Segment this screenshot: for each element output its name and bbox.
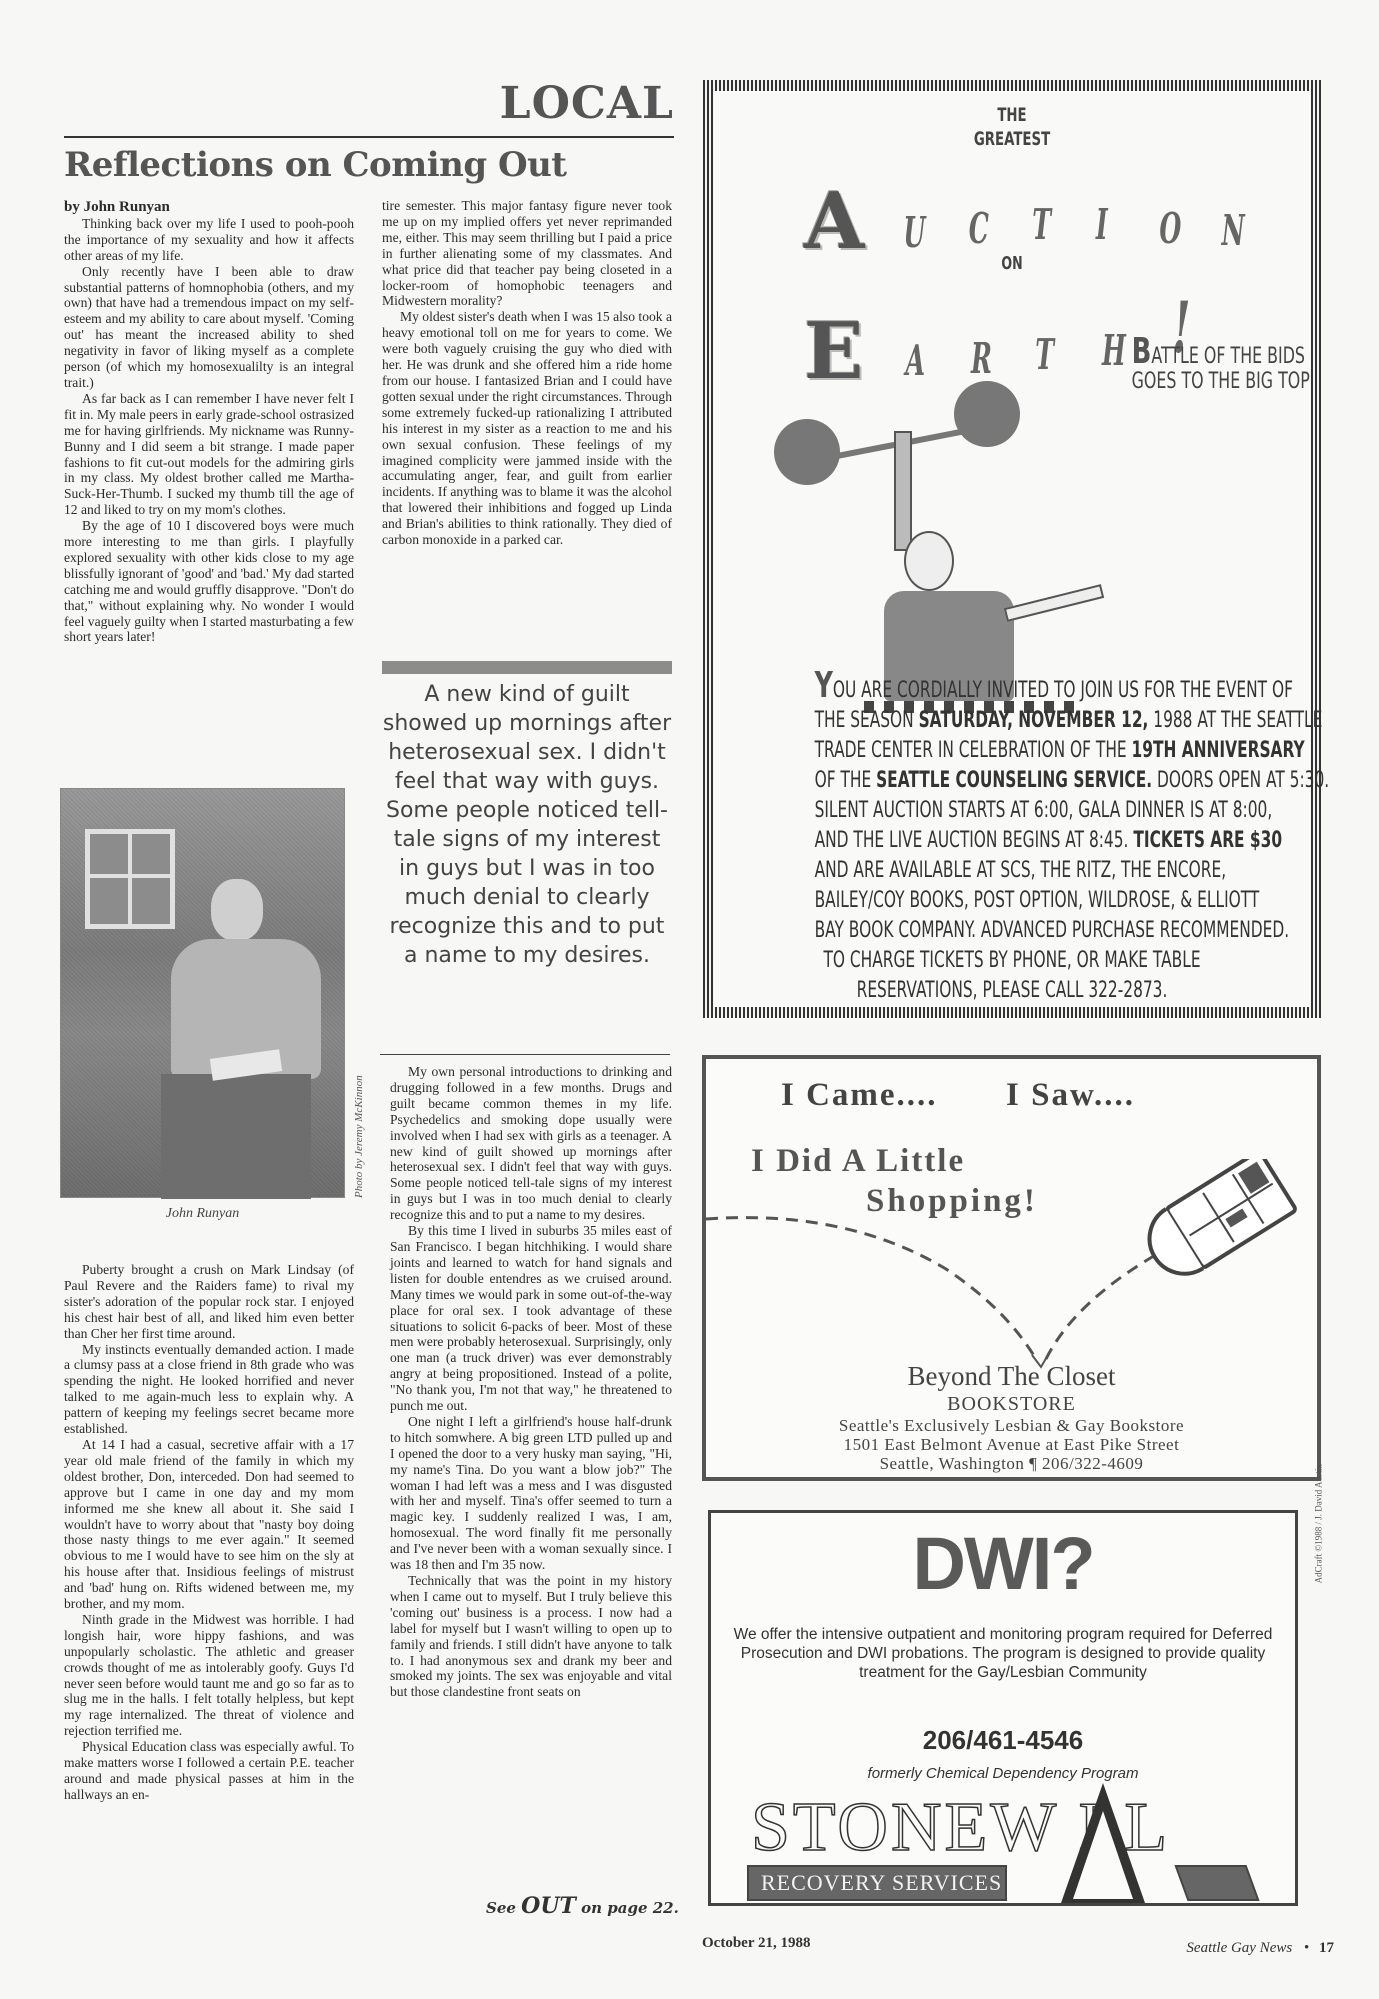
- store-tagline: Seattle's Exclusively Lesbian & Gay Book…: [706, 1416, 1317, 1435]
- photo-person-head: [211, 879, 263, 941]
- battle-of-bids-tagline: BATTLE OF THE BIDS GOES TO THE BIG TOP: [1132, 339, 1290, 394]
- store-name: Beyond The Closet: [706, 1361, 1317, 1392]
- invite-line: AND ARE AVAILABLE AT SCS, THE RITZ, THE …: [815, 856, 1210, 886]
- paragraph: One night I left a girlfriend's house ha…: [390, 1414, 672, 1573]
- letter: T: [1035, 330, 1054, 379]
- dwi-phone: 206/461-4546: [711, 1725, 1295, 1756]
- ad-line-i-came: I Came....: [781, 1077, 938, 1114]
- section-label: LOCAL: [500, 78, 674, 129]
- continued-page: on page 22.: [581, 1899, 679, 1917]
- auction-invitation-text: YOU ARE CORDIALLY INVITED TO JOIN US FOR…: [730, 671, 1294, 1006]
- invite-line: YOU ARE CORDIALLY INVITED TO JOIN US FOR…: [815, 671, 1210, 706]
- stonewall-triangle-inner: [1073, 1811, 1133, 1899]
- paragraph: Physical Education class was especially …: [64, 1739, 354, 1803]
- recovery-banner-tail: [1174, 1865, 1259, 1901]
- store-type: BOOKSTORE: [706, 1393, 1317, 1416]
- ad-the-greatest: THE GREATEST: [803, 103, 1220, 151]
- article-headline: Reflections on Coming Out: [64, 145, 567, 185]
- invite-text: TRADE CENTER IN CELEBRATION OF THE: [815, 738, 1132, 763]
- invite-anniversary: 19TH ANNIVERSARY: [1132, 738, 1305, 763]
- article-column-2-top: tire semester. This major fantasy figure…: [382, 198, 672, 548]
- invite-line: SILENT AUCTION STARTS AT 6:00, GALA DINN…: [815, 796, 1210, 826]
- dwi-body: We offer the intensive outpatient and mo…: [731, 1625, 1275, 1682]
- paragraph: My oldest sister's death when I was 15 a…: [382, 309, 672, 548]
- paragraph: Only recently have I been able to draw s…: [64, 264, 354, 391]
- letter: H: [1102, 326, 1126, 375]
- letter: N: [1222, 206, 1245, 255]
- strongman-arm: [894, 431, 912, 551]
- byline: by John Runyan: [64, 200, 354, 216]
- invite-line: TRADE CENTER IN CELEBRATION OF THE 19TH …: [815, 736, 1210, 766]
- paragraph: tire semester. This major fantasy figure…: [382, 198, 672, 309]
- continued-out: OUT: [521, 1893, 576, 1919]
- pull-quote: A new kind of guilt showed up mornings a…: [382, 680, 672, 970]
- invite-line: THE SEASON SATURDAY, NOVEMBER 12, 1988 A…: [815, 706, 1210, 736]
- invite-dropcap: Y: [815, 665, 833, 706]
- paragraph: By the age of 10 I discovered boys were …: [64, 518, 354, 645]
- continued-jump-link[interactable]: See OUT on page 22.: [486, 1893, 679, 1919]
- invite-text: DOORS OPEN AT 5:30.: [1152, 768, 1329, 793]
- photo-window: [85, 829, 175, 929]
- store-details: Seattle's Exclusively Lesbian & Gay Book…: [706, 1416, 1317, 1473]
- strongman-extended-arm: [1004, 584, 1104, 622]
- invite-line: BAY BOOK COMPANY. ADVANCED PURCHASE RECO…: [815, 916, 1210, 946]
- paragraph: Ninth grade in the Midwest was horrible.…: [64, 1612, 354, 1739]
- invite-line: OF THE SEATTLE COUNSELING SERVICE. DOORS…: [815, 766, 1210, 796]
- publication-name: Seattle Gay News: [1186, 1940, 1292, 1956]
- paragraph: My own personal introductions to drinkin…: [390, 1064, 672, 1223]
- invite-text: OU ARE CORDIALLY INVITED TO JOIN US FOR …: [833, 678, 1293, 703]
- store-address: 1501 East Belmont Avenue at East Pike St…: [706, 1435, 1317, 1454]
- ad-on: ON: [803, 253, 1220, 274]
- letter: C: [969, 204, 989, 253]
- letter: T: [1032, 200, 1051, 249]
- paragraph: By this time I lived in suburbs 35 miles…: [390, 1223, 672, 1414]
- invite-line: TO CHARGE TICKETS BY PHONE, OR MAKE TABL…: [815, 946, 1210, 976]
- paragraph: My instincts eventually demanded action.…: [64, 1342, 354, 1437]
- battle-dropcap: B: [1132, 331, 1152, 372]
- dwi-formerly: formerly Chemical Dependency Program: [711, 1765, 1295, 1782]
- battle-line-2: GOES TO THE BIG TOP: [1132, 369, 1290, 394]
- paragraph: Puberty brought a crush on Mark Lindsay …: [64, 1262, 354, 1342]
- pull-quote-bar: [382, 661, 672, 674]
- photo-credit: Photo by Jeremy McKinnon: [353, 1075, 365, 1198]
- article-column-1-top: by John Runyan Thinking back over my lif…: [64, 200, 354, 645]
- issue-date: October 21, 1988: [702, 1935, 810, 1952]
- ad-greatest: GREATEST: [803, 127, 1220, 151]
- dwi-advertisement: DWI? We offer the intensive outpatient a…: [708, 1510, 1298, 1906]
- bookstore-advertisement: I Came.... I Saw.... I Did A Little Shop…: [702, 1055, 1321, 1481]
- ad-credit: AdCraft ©1988 / J. David Austin: [1313, 1464, 1323, 1583]
- page-number: 17: [1319, 1940, 1334, 1956]
- publication-footer: Seattle Gay News • 17: [1186, 1940, 1334, 1957]
- dashed-path-arrow-icon: [706, 1159, 1325, 1369]
- letter: O: [1159, 204, 1181, 253]
- invite-text: THE SEASON: [815, 708, 919, 733]
- paragraph: As far back as I can remember I have nev…: [64, 391, 354, 518]
- article-column-2-bottom: My own personal introductions to drinkin…: [390, 1064, 672, 1700]
- footer-bullet: •: [1304, 1940, 1309, 1956]
- letter: I: [1096, 200, 1108, 249]
- author-photo: [60, 788, 345, 1198]
- dwi-headline: DWI?: [711, 1521, 1295, 1606]
- recovery-services-banner: RECOVERY SERVICES: [747, 1865, 1007, 1901]
- auction-advertisement: THE GREATEST A U C T I O N ON E A R T H …: [703, 80, 1321, 1018]
- section-header: LOCAL: [64, 78, 674, 138]
- invite-ticket-price: TICKETS ARE $30: [1133, 828, 1282, 853]
- strongman-head: [904, 531, 954, 591]
- article-column-1-bottom: Puberty brought a crush on Mark Lindsay …: [64, 1262, 354, 1803]
- letter: U: [903, 208, 925, 257]
- ad-the: THE: [803, 103, 1220, 127]
- invite-text: 1988 AT THE SEATTLE: [1148, 708, 1322, 733]
- invite-line: BAILEY/COY BOOKS, POST OPTION, WILDROSE,…: [815, 886, 1210, 916]
- ad-line-i-saw: I Saw....: [1006, 1077, 1135, 1114]
- invite-text: AND THE LIVE AUCTION BEGINS AT 8:45.: [815, 828, 1134, 853]
- paragraph: At 14 I had a casual, secretive affair w…: [64, 1437, 354, 1612]
- invite-line: AND THE LIVE AUCTION BEGINS AT 8:45. TIC…: [815, 826, 1210, 856]
- paragraph: Thinking back over my life I used to poo…: [64, 216, 354, 264]
- photo-caption: John Runyan: [60, 1206, 345, 1222]
- paragraph: Technically that was the point in my his…: [390, 1573, 672, 1700]
- invite-date: SATURDAY, NOVEMBER 12,: [919, 708, 1149, 733]
- invite-text: OF THE: [815, 768, 876, 793]
- pull-quote-rule: [380, 1054, 670, 1055]
- barbell-plate-left: [774, 419, 840, 485]
- store-city-phone: Seattle, Washington ¶ 206/322-4609: [706, 1454, 1317, 1473]
- invite-line: RESERVATIONS, PLEASE CALL 322-2873.: [815, 976, 1210, 1006]
- battle-line-1: ATTLE OF THE BIDS: [1151, 344, 1305, 369]
- photo-person-legs: [161, 1074, 311, 1199]
- continued-see: See: [486, 1899, 516, 1917]
- invite-organization: SEATTLE COUNSELING SERVICE.: [876, 768, 1152, 793]
